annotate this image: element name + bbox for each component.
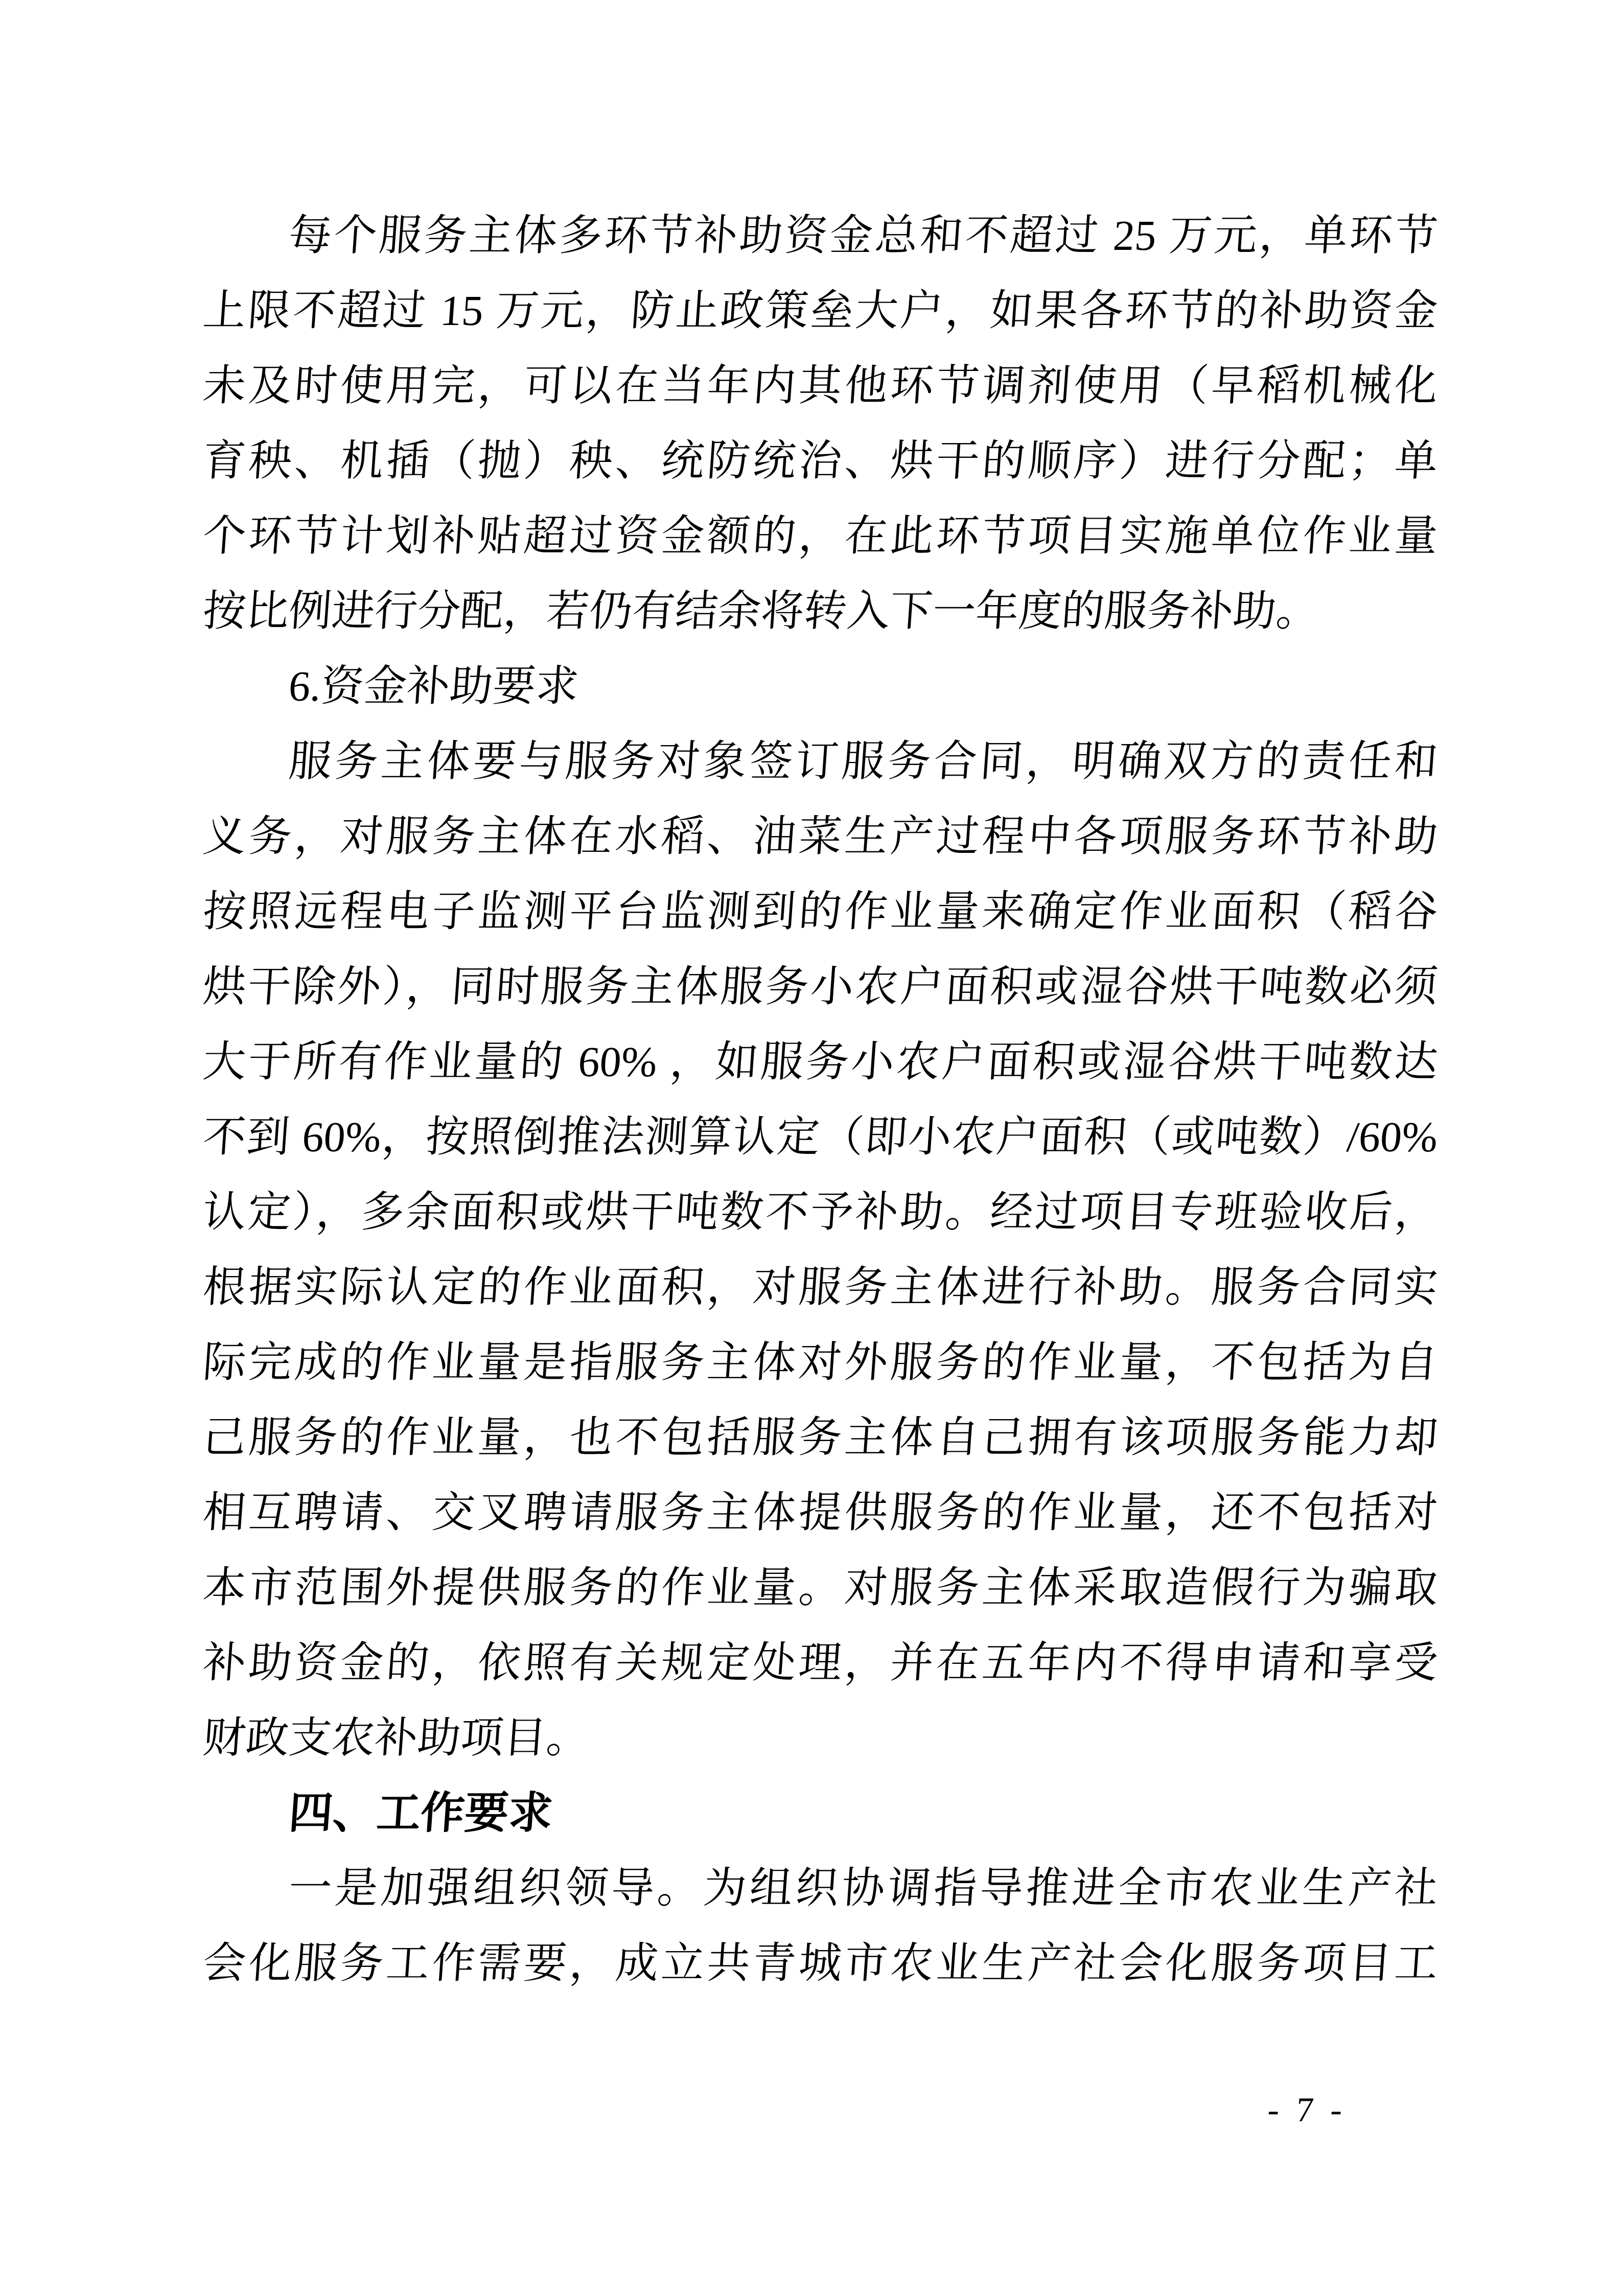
numbered-subheading: 6.资金补助要求 — [200, 649, 1440, 724]
text-line: 认定），多余面积或烘干吨数不予补助。经过项目专班验收后， — [200, 1175, 1440, 1250]
text-line: 本市范围外提供服务的作业量。对服务主体采取造假行为骗取 — [200, 1550, 1440, 1626]
paragraph-first-line: 服务主体要与服务对象签订服务合同，明确双方的责任和 — [200, 724, 1440, 799]
text-line: 己服务的作业量，也不包括服务主体自己拥有该项服务能力却 — [200, 1400, 1440, 1475]
text-line: 补助资金的，依照有关规定处理，并在五年内不得申请和享受 — [200, 1626, 1440, 1701]
document-page: 每个服务主体多环节补助资金总和不超过 25 万元，单环节 上限不超过 15 万元… — [0, 0, 1623, 2296]
text-line: 义务，对服务主体在水稻、油菜生产过程中各项服务环节补助 — [200, 799, 1440, 874]
paragraph-last-line: 财政支农补助项目。 — [200, 1701, 1440, 1776]
document-body: 每个服务主体多环节补助资金总和不超过 25 万元，单环节 上限不超过 15 万元… — [200, 198, 1435, 2001]
text-line: 际完成的作业量是指服务主体对外服务的作业量，不包括为自 — [200, 1325, 1440, 1400]
text-line: 按照远程电子监测平台监测到的作业量来确定作业面积（稻谷 — [200, 874, 1440, 949]
text-line: 育秧、机插（抛）秧、统防统治、烘干的顺序）进行分配；单 — [200, 424, 1440, 499]
text-line: 不到 60%，按照倒推法测算认定（即小农户面积（或吨数）/60% — [200, 1100, 1440, 1175]
page-number: - 7 - — [1266, 2088, 1348, 2131]
text-line: 会化服务工作需要，成立共青城市农业生产社会化服务项目工 — [200, 1926, 1440, 2001]
text-line: 未及时使用完，可以在当年内其他环节调剂使用（早稻机械化 — [200, 349, 1440, 424]
text-line: 相互聘请、交叉聘请服务主体提供服务的作业量，还不包括对 — [200, 1475, 1440, 1550]
text-line: 烘干除外），同时服务主体服务小农户面积或湿谷烘干吨数必须 — [200, 949, 1440, 1025]
paragraph-first-line: 每个服务主体多环节补助资金总和不超过 25 万元，单环节 — [200, 198, 1440, 273]
text-line: 个环节计划补贴超过资金额的，在此环节项目实施单位作业量 — [200, 499, 1440, 574]
section-heading: 四、工作要求 — [200, 1776, 1440, 1851]
text-line: 大于所有作业量的 60% ，如服务小农户面积或湿谷烘干吨数达 — [200, 1025, 1440, 1100]
paragraph-last-line: 按比例进行分配，若仍有结余将转入下一年度的服务补助。 — [200, 574, 1440, 649]
paragraph-first-line: 一是加强组织领导。为组织协调指导推进全市农业生产社 — [200, 1851, 1440, 1926]
text-line: 根据实际认定的作业面积，对服务主体进行补助。服务合同实 — [200, 1250, 1440, 1325]
text-line: 上限不超过 15 万元，防止政策垒大户，如果各环节的补助资金 — [200, 273, 1440, 349]
